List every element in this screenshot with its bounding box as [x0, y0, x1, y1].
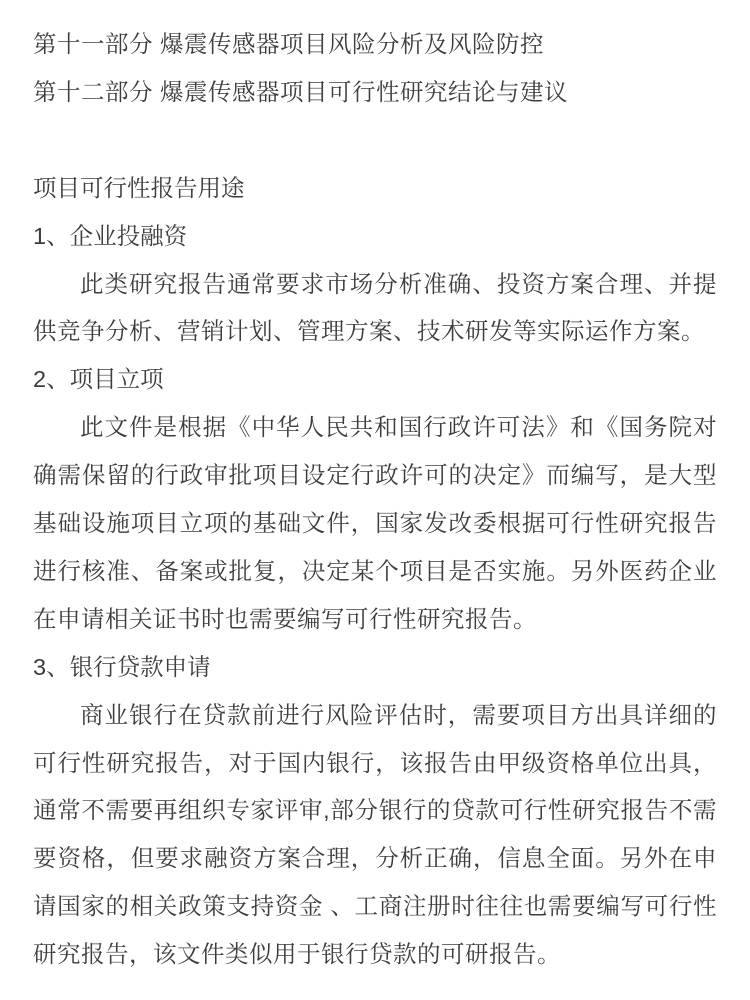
- blank-line-spacer: [33, 117, 717, 165]
- item-heading-2: 2、项目立项: [33, 356, 717, 404]
- item-paragraph-3: 商业银行在贷款前进行风险评估时，需要项目方出具详细的可行性研究报告，对于国内银行…: [33, 692, 717, 979]
- toc-line-part-11: 第十一部分 爆震传感器项目风险分析及风险防控: [33, 21, 717, 69]
- item-paragraph-1: 此类研究报告通常要求市场分析准确、投资方案合理、并提供竞争分析、营销计划、管理方…: [33, 261, 717, 357]
- item-heading-1: 1、企业投融资: [33, 213, 717, 261]
- item-heading-3: 3、银行贷款申请: [33, 644, 717, 692]
- toc-line-part-12: 第十二部分 爆震传感器项目可行性研究结论与建议: [33, 69, 717, 117]
- section-title: 项目可行性报告用途: [33, 165, 717, 213]
- document-page: 第十一部分 爆震传感器项目风险分析及风险防控 第十二部分 爆震传感器项目可行性研…: [0, 0, 750, 1000]
- item-paragraph-2: 此文件是根据《中华人民共和国行政许可法》和《国务院对确需保留的行政审批项目设定行…: [33, 404, 717, 644]
